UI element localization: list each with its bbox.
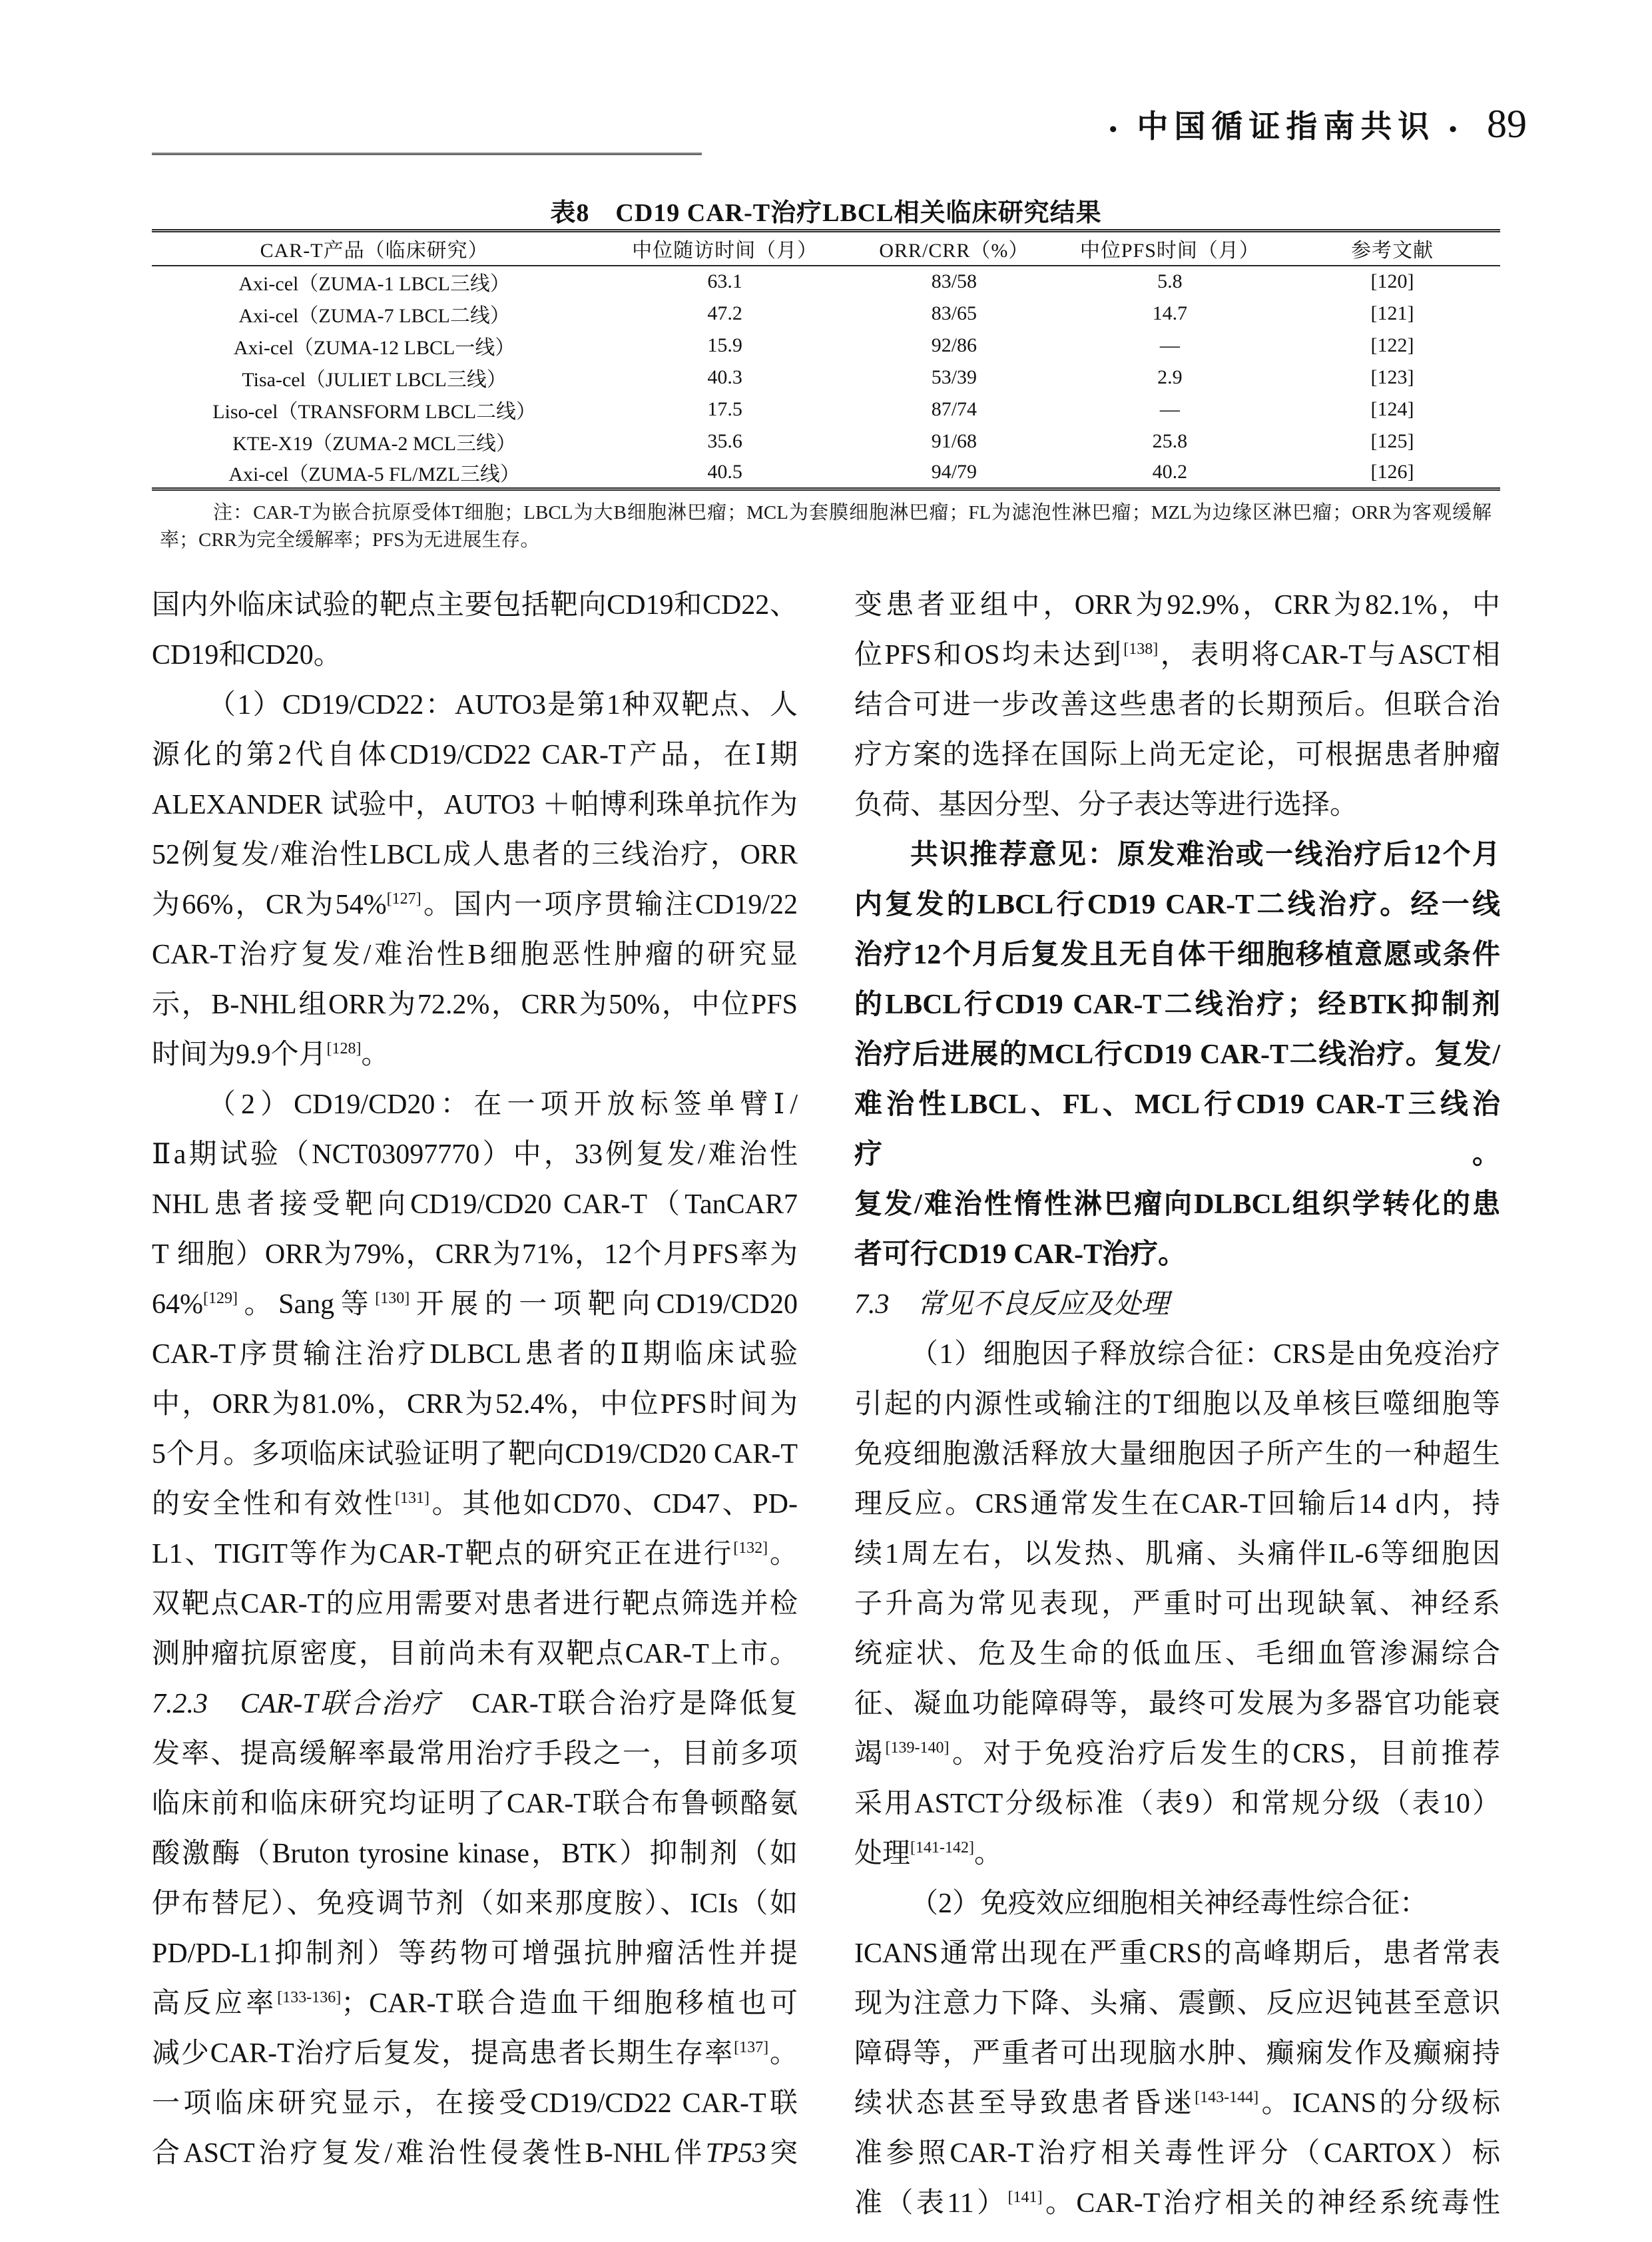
reference-superscript: [130] — [375, 1290, 410, 1307]
text-segment: 示，B-NHL组ORR为72.2%，CRR为50%，中位PFS — [152, 989, 798, 1020]
table-cell: Tisa-cel（JULIET LBCL三线） — [152, 362, 597, 394]
table-cell: 25.8 — [1055, 425, 1284, 457]
text-line: （2）CD19/CD20：在一项开放标签单臂Ⅰ/ — [152, 1080, 798, 1130]
text-segment: 高反应率 — [152, 1988, 277, 2019]
text-segment: 准参照CAR-T治疗相关毒性评分（CARTOX）标 — [854, 2138, 1500, 2169]
table-cell: — — [1055, 330, 1284, 362]
reference-superscript: [143-144] — [1195, 2089, 1258, 2106]
text-line: 5个月。多项临床试验证明了靶向CD19/CD20 CAR-T — [152, 1430, 798, 1480]
text-segment: 子升高为常见表现，严重时可出现缺氧、神经系 — [854, 1589, 1500, 1619]
text-segment: 理反应。CRS通常发生在CAR-T回输后14 d内，持 — [854, 1489, 1500, 1520]
text-line: 合ASCT治疗复发/难治性侵袭性B-NHL伴TP53突 — [152, 2129, 798, 2179]
text-segment: （1）细胞因子释放综合征：CRS是由免疫治疗 — [910, 1339, 1500, 1370]
text-segment: CD19和CD20。 — [152, 640, 342, 671]
table-header: CAR-T产品（临床研究）中位随访时间（月）ORR/CRR（%）中位PFS时间（… — [152, 231, 1500, 266]
text-segment: 的LBCL行CD19 CAR-T二线治疗；经BTK抑制剂 — [854, 989, 1500, 1020]
text-line: 的LBCL行CD19 CAR-T二线治疗；经BTK抑制剂 — [854, 980, 1500, 1030]
table-caption: 表8 CD19 CAR-T治疗LBCL相关临床研究结果 — [0, 192, 1652, 228]
table-cell: 53/39 — [853, 362, 1055, 394]
table-cell: [122] — [1284, 330, 1500, 362]
text-segment: 处理 — [854, 1838, 910, 1869]
text-line: 负荷、基因分型、分子表达等进行选择。 — [854, 780, 1500, 830]
table-cell: 40.5 — [597, 457, 853, 489]
text-line: 准参照CAR-T治疗相关毒性评分（CARTOX）标 — [854, 2129, 1500, 2179]
running-head: • 中国循证指南共识 • 89 — [1109, 101, 1527, 147]
text-segment: 疗方案的选择在国际上尚无定论，可根据患者肿瘤 — [854, 740, 1500, 770]
text-line: 7.2.3 CAR-T联合治疗 CAR-T联合治疗是降低复 — [152, 1679, 798, 1729]
text-line: 减少CAR-T治疗后复发，提高患者长期生存率[137]。 — [152, 2029, 798, 2079]
text-line: 酸激酶（Bruton tyrosine kinase，BTK）抑制剂（如 — [152, 1829, 798, 1879]
text-line: NHL患者接受靶向CD19/CD20 CAR-T（TanCAR7 — [152, 1180, 798, 1230]
text-segment: 发率、提高缓解率最常用治疗手段之一，目前多项 — [152, 1739, 798, 1769]
text-segment: 位PFS和OS均未达到 — [854, 640, 1123, 671]
text-line: 位PFS和OS均未达到[138]，表明将CAR-T与ASCT相 — [854, 631, 1500, 681]
text-segment: 现为注意力下降、头痛、震颤、反应迟钝甚至意识 — [854, 1988, 1500, 2019]
text-line: CAR-T序贯输注治疗DLBCL患者的Ⅱ期临床试验 — [152, 1330, 798, 1380]
text-segment: CAR-T治疗复发/难治性B细胞恶性肿瘤的研究显 — [152, 940, 798, 970]
text-line: （1）细胞因子释放综合征：CRS是由免疫治疗 — [854, 1330, 1500, 1380]
reference-superscript: [133-136] — [277, 1989, 341, 2006]
text-line: CAR-T治疗复发/难治性B细胞恶性肿瘤的研究显 — [152, 930, 798, 980]
text-segment: 续状态甚至导致患者昏迷 — [854, 2088, 1195, 2119]
text-segment: 结合可进一步改善这些患者的长期预后。但联合治 — [854, 690, 1500, 720]
text-segment: 。 — [974, 1838, 1002, 1869]
header-rule — [152, 152, 702, 155]
text-segment: 。 — [768, 2038, 798, 2069]
text-line: 理反应。CRS通常发生在CAR-T回输后14 d内，持 — [854, 1480, 1500, 1530]
text-segment: ；CAR-T联合造血干细胞移植也可 — [341, 1988, 798, 2019]
left-column: 国内外临床试验的靶点主要包括靶向CD19和CD22、CD19和CD20。（1）C… — [152, 581, 798, 2229]
text-line: （2）免疫效应细胞相关神经毒性综合征： — [854, 1879, 1500, 1929]
table-cell: 2.9 — [1055, 362, 1284, 394]
text-line: Ⅱa期试验（NCT03097770）中，33例复发/难治性 — [152, 1130, 798, 1180]
journal-section-title: 中国循证指南共识 — [1137, 110, 1435, 144]
text-line: 引起的内源性或输注的T细胞以及单核巨噬细胞等 — [854, 1380, 1500, 1430]
text-segment: 续1周左右，以发热、肌痛、头痛伴IL-6等细胞因 — [854, 1539, 1500, 1569]
table-header-row: CAR-T产品（临床研究）中位随访时间（月）ORR/CRR（%）中位PFS时间（… — [152, 231, 1500, 266]
text-segment: 7.3 常见不良反应及处理 — [854, 1289, 1169, 1320]
column-header: 中位PFS时间（月） — [1055, 231, 1284, 266]
text-segment: 5个月。多项临床试验证明了靶向CD19/CD20 CAR-T — [152, 1439, 798, 1470]
text-segment: 国内外临床试验的靶点主要包括靶向CD19和CD22、 — [152, 590, 798, 621]
text-line: 免疫细胞激活释放大量细胞因子所产生的一种超生 — [854, 1430, 1500, 1480]
reference-superscript: [129] — [203, 1290, 238, 1307]
text-line: 变患者亚组中，ORR为92.9%，CRR为82.1%，中 — [854, 581, 1500, 631]
text-line: 伊布替尼）、免疫调节剂（如来那度胺）、ICIs（如 — [152, 1879, 798, 1929]
text-line: 高反应率[133-136]；CAR-T联合造血干细胞移植也可 — [152, 1979, 798, 2029]
text-segment: 征、凝血功能障碍等，最终可发展为多器官功能衰 — [854, 1689, 1500, 1719]
column-header: 参考文献 — [1284, 231, 1500, 266]
text-line: 复发/难治性惰性淋巴瘤向DLBCL组织学转化的患 — [854, 1180, 1500, 1230]
table-cell: 17.5 — [597, 394, 853, 425]
table-cell: [126] — [1284, 457, 1500, 489]
text-segment: 免疫细胞激活释放大量细胞因子所产生的一种超生 — [854, 1439, 1500, 1470]
text-segment: 。国内一项序贯输注CD19/22 — [421, 890, 798, 920]
text-line: 国内外临床试验的靶点主要包括靶向CD19和CD22、 — [152, 581, 798, 631]
reference-superscript: [137] — [734, 2039, 768, 2056]
table-cell: 40.2 — [1055, 457, 1284, 489]
text-segment: ，表明将CAR-T与ASCT相 — [1158, 640, 1500, 671]
text-segment: 采用ASTCT分级标准（表9）和常规分级（表10） — [854, 1789, 1500, 1819]
text-segment: TP53 — [706, 2138, 766, 2169]
text-line: 子升高为常见表现，严重时可出现缺氧、神经系 — [854, 1579, 1500, 1629]
text-line: 治疗12个月后复发且无自体干细胞移植意愿或条件 — [854, 930, 1500, 980]
text-segment: 。对于免疫治疗后发生的CRS，目前推荐 — [949, 1739, 1500, 1769]
column-header: 中位随访时间（月） — [597, 231, 853, 266]
table-row: Liso-cel（TRANSFORM LBCL二线）17.587/74—[124… — [152, 394, 1500, 425]
table-cell: 87/74 — [853, 394, 1055, 425]
table-cell: 63.1 — [597, 266, 853, 298]
text-line: 采用ASTCT分级标准（表9）和常规分级（表10） — [854, 1779, 1500, 1829]
table-cell: [124] — [1284, 394, 1500, 425]
text-segment: NHL患者接受靶向CD19/CD20 CAR-T（TanCAR7 — [152, 1189, 798, 1220]
table-cell: 15.9 — [597, 330, 853, 362]
text-segment: CAR-T联合治疗是降低复 — [441, 1689, 798, 1719]
text-line: 双靶点CAR-T的应用需要对患者进行靶点筛选并检 — [152, 1579, 798, 1629]
text-line: 中，ORR为81.0%，CRR为52.4%，中位PFS时间为 — [152, 1380, 798, 1430]
table-cell: [121] — [1284, 298, 1500, 330]
text-line: 为66%，CR为54%[127]。国内一项序贯输注CD19/22 — [152, 880, 798, 930]
clinical-results-table: CAR-T产品（临床研究）中位随访时间（月）ORR/CRR（%）中位PFS时间（… — [152, 229, 1500, 491]
text-line: 52例复发/难治性LBCL成人患者的三线治疗，ORR — [152, 830, 798, 880]
text-segment: ALEXANDER 试验中，AUTO3 ＋帕博利珠单抗作为 — [152, 790, 798, 820]
table-cell: Liso-cel（TRANSFORM LBCL二线） — [152, 394, 597, 425]
text-line: 现为注意力下降、头痛、震颤、反应迟钝甚至意识 — [854, 1979, 1500, 2029]
text-segment: 。 — [362, 1039, 390, 1070]
table-cell: 14.7 — [1055, 298, 1284, 330]
text-segment: ICANS通常出现在严重CRS的高峰期后，患者常表 — [854, 1938, 1500, 1969]
text-segment: 开展的一项靶向CD19/CD20 — [410, 1289, 798, 1320]
text-line: L1、TIGIT等作为CAR-T靶点的研究正在进行[132]。 — [152, 1530, 798, 1579]
table-cell: KTE-X19（ZUMA-2 MCL三线） — [152, 425, 597, 457]
table-cell: [120] — [1284, 266, 1500, 298]
text-segment: 双靶点CAR-T的应用需要对患者进行靶点筛选并检 — [152, 1589, 798, 1619]
right-column: 变患者亚组中，ORR为92.9%，CRR为82.1%，中位PFS和OS均未达到[… — [854, 581, 1500, 2229]
text-segment: 7.2.3 CAR-T联合治疗 — [152, 1689, 441, 1719]
text-segment: 治疗12个月后复发且无自体干细胞移植意愿或条件 — [854, 940, 1500, 970]
text-line: 示，B-NHL组ORR为72.2%，CRR为50%，中位PFS — [152, 980, 798, 1030]
text-line: 7.3 常见不良反应及处理 — [854, 1280, 1500, 1330]
text-segment: 难治性LBCL、FL、MCL行CD19 CAR-T三线治疗。 — [854, 1089, 1500, 1170]
table-note: 注：CAR-T为嵌合抗原受体T细胞；LBCL为大B细胞淋巴瘤；MCL为套膜细胞淋… — [160, 499, 1492, 554]
body-text: 国内外临床试验的靶点主要包括靶向CD19和CD22、CD19和CD20。（1）C… — [152, 581, 1500, 2229]
text-segment: Ⅱa期试验（NCT03097770）中，33例复发/难治性 — [152, 1139, 798, 1170]
text-line: 续1周左右，以发热、肌痛、头痛伴IL-6等细胞因 — [854, 1530, 1500, 1579]
reference-superscript: [131] — [395, 1490, 429, 1507]
text-line: 准（表11）[141]。CAR-T治疗相关的神经系统毒性 — [854, 2179, 1500, 2229]
table-cell: 83/65 — [853, 298, 1055, 330]
text-line: 统症状、危及生命的低血压、毛细血管渗漏综合 — [854, 1629, 1500, 1679]
text-line: 64%[129]。Sang等[130]开展的一项靶向CD19/CD20 — [152, 1280, 798, 1330]
text-segment: 。其他如CD70、CD47、PD- — [429, 1489, 798, 1520]
reference-superscript: [128] — [327, 1040, 362, 1057]
table-body: Axi-cel（ZUMA-1 LBCL三线）63.183/585.8[120]A… — [152, 266, 1500, 489]
text-segment: （2）免疫效应细胞相关神经毒性综合征： — [910, 1888, 1428, 1919]
text-segment: 合ASCT治疗复发/难治性侵袭性B-NHL伴 — [152, 2138, 706, 2169]
text-segment: 时间为9.9个月 — [152, 1039, 327, 1070]
table-cell: 35.6 — [597, 425, 853, 457]
page-number: 89 — [1487, 101, 1527, 147]
reference-superscript: [138] — [1123, 641, 1158, 658]
bullet-icon: • — [1109, 117, 1123, 142]
table-cell: Axi-cel（ZUMA-1 LBCL三线） — [152, 266, 597, 298]
reference-superscript: [127] — [387, 890, 421, 908]
text-segment: 准（表11） — [854, 2188, 1008, 2219]
text-segment: T 细胞）ORR为79%，CRR为71%，12个月PFS率为 — [152, 1239, 798, 1270]
reference-superscript: [132] — [733, 1540, 768, 1557]
text-segment: 变患者亚组中，ORR为92.9%，CRR为82.1%，中 — [854, 590, 1500, 621]
table-cell: 83/58 — [853, 266, 1055, 298]
table-cell: [125] — [1284, 425, 1500, 457]
text-segment: 中，ORR为81.0%，CRR为52.4%，中位PFS时间为 — [152, 1389, 798, 1420]
text-segment: CAR-T序贯输注治疗DLBCL患者的Ⅱ期临床试验 — [152, 1339, 798, 1370]
bullet-icon: • — [1449, 117, 1463, 142]
table-cell: 40.3 — [597, 362, 853, 394]
text-line: 障碍等，严重者可出现脑水肿、癫痫发作及癫痫持 — [854, 2029, 1500, 2079]
text-segment: 。CAR-T治疗相关的神经系统毒性 — [1043, 2188, 1500, 2219]
text-segment: 共识推荐意见：原发难治或一线治疗后12个月 — [910, 840, 1500, 870]
text-segment: （2）CD19/CD20：在一项开放标签单臂Ⅰ/ — [208, 1089, 798, 1120]
text-line: 时间为9.9个月[128]。 — [152, 1030, 798, 1080]
text-line: 疗方案的选择在国际上尚无定论，可根据患者肿瘤 — [854, 730, 1500, 780]
table-cell: 92/86 — [853, 330, 1055, 362]
text-line: 者可行CD19 CAR-T治疗。 — [854, 1230, 1500, 1280]
table-cell: 5.8 — [1055, 266, 1284, 298]
reference-superscript: [141-142] — [910, 1839, 974, 1856]
table-row: KTE-X19（ZUMA-2 MCL三线）35.691/6825.8[125] — [152, 425, 1500, 457]
text-segment: 测肿瘤抗原密度，目前尚未有双靶点CAR-T上市。 — [152, 1639, 798, 1669]
text-segment: 伊布替尼）、免疫调节剂（如来那度胺）、ICIs（如 — [152, 1888, 798, 1919]
text-segment: 。 — [768, 1539, 798, 1569]
table-cell: Axi-cel（ZUMA-12 LBCL一线） — [152, 330, 597, 362]
table-cell: 91/68 — [853, 425, 1055, 457]
text-line: 续状态甚至导致患者昏迷[143-144]。ICANS的分级标 — [854, 2079, 1500, 2129]
text-segment: 临床前和临床研究均证明了CAR-T联合布鲁顿酪氨 — [152, 1789, 798, 1819]
text-line: 的安全性和有效性[131]。其他如CD70、CD47、PD- — [152, 1480, 798, 1530]
text-segment: 减少CAR-T治疗后复发，提高患者长期生存率 — [152, 2038, 734, 2069]
text-segment: 竭 — [854, 1739, 885, 1769]
text-segment: 52例复发/难治性LBCL成人患者的三线治疗，ORR — [152, 840, 798, 870]
text-segment: 障碍等，严重者可出现脑水肿、癫痫发作及癫痫持 — [854, 2038, 1500, 2069]
text-line: PD/PD-L1抑制剂）等药物可增强抗肿瘤活性并提 — [152, 1929, 798, 1979]
text-line: 治疗后进展的MCL行CD19 CAR-T二线治疗。复发/ — [854, 1030, 1500, 1080]
text-line: 难治性LBCL、FL、MCL行CD19 CAR-T三线治疗。 — [854, 1080, 1500, 1180]
text-segment: L1、TIGIT等作为CAR-T靶点的研究正在进行 — [152, 1539, 733, 1569]
text-segment: 引起的内源性或输注的T细胞以及单核巨噬细胞等 — [854, 1389, 1500, 1420]
text-segment: 负荷、基因分型、分子表达等进行选择。 — [854, 790, 1358, 820]
text-line: T 细胞）ORR为79%，CRR为71%，12个月PFS率为 — [152, 1230, 798, 1280]
table-cell: Axi-cel（ZUMA-5 FL/MZL三线） — [152, 457, 597, 489]
table-row: Tisa-cel（JULIET LBCL三线）40.353/392.9[123] — [152, 362, 1500, 394]
column-header: CAR-T产品（临床研究） — [152, 231, 597, 266]
text-segment: 者可行CD19 CAR-T治疗。 — [854, 1239, 1186, 1270]
text-segment: 一项临床研究显示，在接受CD19/CD22 CAR-T联 — [152, 2088, 798, 2119]
table-cell: — — [1055, 394, 1284, 425]
table-row: Axi-cel（ZUMA-1 LBCL三线）63.183/585.8[120] — [152, 266, 1500, 298]
text-line: 临床前和临床研究均证明了CAR-T联合布鲁顿酪氨 — [152, 1779, 798, 1829]
text-segment: 。Sang等 — [238, 1289, 375, 1320]
text-segment: （1）CD19/CD22：AUTO3是第1种双靶点、人 — [208, 690, 798, 720]
text-segment: 64% — [152, 1289, 203, 1320]
text-line: 一项临床研究显示，在接受CD19/CD22 CAR-T联 — [152, 2079, 798, 2129]
column-header: ORR/CRR（%） — [853, 231, 1055, 266]
reference-superscript: [141] — [1008, 2189, 1043, 2206]
text-segment: 酸激酶（Bruton tyrosine kinase，BTK）抑制剂（如 — [152, 1838, 798, 1869]
text-line: 测肿瘤抗原密度，目前尚未有双靶点CAR-T上市。 — [152, 1629, 798, 1679]
journal-page: • 中国循证指南共识 • 89 表8 CD19 CAR-T治疗LBCL相关临床研… — [0, 0, 1652, 2242]
text-line: （1）CD19/CD22：AUTO3是第1种双靶点、人 — [152, 681, 798, 730]
table-row: Axi-cel（ZUMA-7 LBCL二线）47.283/6514.7[121] — [152, 298, 1500, 330]
text-line: 征、凝血功能障碍等，最终可发展为多器官功能衰 — [854, 1679, 1500, 1729]
text-segment: 的安全性和有效性 — [152, 1489, 395, 1520]
table-cell: [123] — [1284, 362, 1500, 394]
table-cell: Axi-cel（ZUMA-7 LBCL二线） — [152, 298, 597, 330]
text-segment: 统症状、危及生命的低血压、毛细血管渗漏综合 — [854, 1639, 1500, 1669]
table-cell: 94/79 — [853, 457, 1055, 489]
text-segment: PD/PD-L1抑制剂）等药物可增强抗肿瘤活性并提 — [152, 1938, 798, 1969]
text-segment: 源化的第2代自体CD19/CD22 CAR-T产品，在Ⅰ期 — [152, 740, 798, 770]
text-line: 竭[139-140]。对于免疫治疗后发生的CRS，目前推荐 — [854, 1729, 1500, 1779]
text-segment: 治疗后进展的MCL行CD19 CAR-T二线治疗。复发/ — [854, 1039, 1500, 1070]
text-segment: 复发/难治性惰性淋巴瘤向DLBCL组织学转化的患 — [854, 1189, 1500, 1220]
text-line: 结合可进一步改善这些患者的长期预后。但联合治 — [854, 681, 1500, 730]
text-segment: 为66%，CR为54% — [152, 890, 387, 920]
text-line: 发率、提高缓解率最常用治疗手段之一，目前多项 — [152, 1729, 798, 1779]
running-head-title: • 中国循证指南共识 • — [1109, 102, 1463, 146]
text-line: CD19和CD20。 — [152, 631, 798, 681]
table-cell: 47.2 — [597, 298, 853, 330]
text-line: 处理[141-142]。 — [854, 1829, 1500, 1879]
text-line: 内复发的LBCL行CD19 CAR-T二线治疗。经一线 — [854, 880, 1500, 930]
text-line: ICANS通常出现在严重CRS的高峰期后，患者常表 — [854, 1929, 1500, 1979]
text-segment: 突 — [766, 2138, 798, 2169]
table-row: Axi-cel（ZUMA-5 FL/MZL三线）40.594/7940.2[12… — [152, 457, 1500, 489]
text-line: 源化的第2代自体CD19/CD22 CAR-T产品，在Ⅰ期 — [152, 730, 798, 780]
text-line: 共识推荐意见：原发难治或一线治疗后12个月 — [854, 830, 1500, 880]
text-line: ALEXANDER 试验中，AUTO3 ＋帕博利珠单抗作为 — [152, 780, 798, 830]
reference-superscript: [139-140] — [885, 1739, 949, 1757]
table-row: Axi-cel（ZUMA-12 LBCL一线）15.992/86—[122] — [152, 330, 1500, 362]
text-segment: 内复发的LBCL行CD19 CAR-T二线治疗。经一线 — [854, 890, 1500, 920]
text-segment: 。ICANS的分级标 — [1258, 2088, 1500, 2119]
